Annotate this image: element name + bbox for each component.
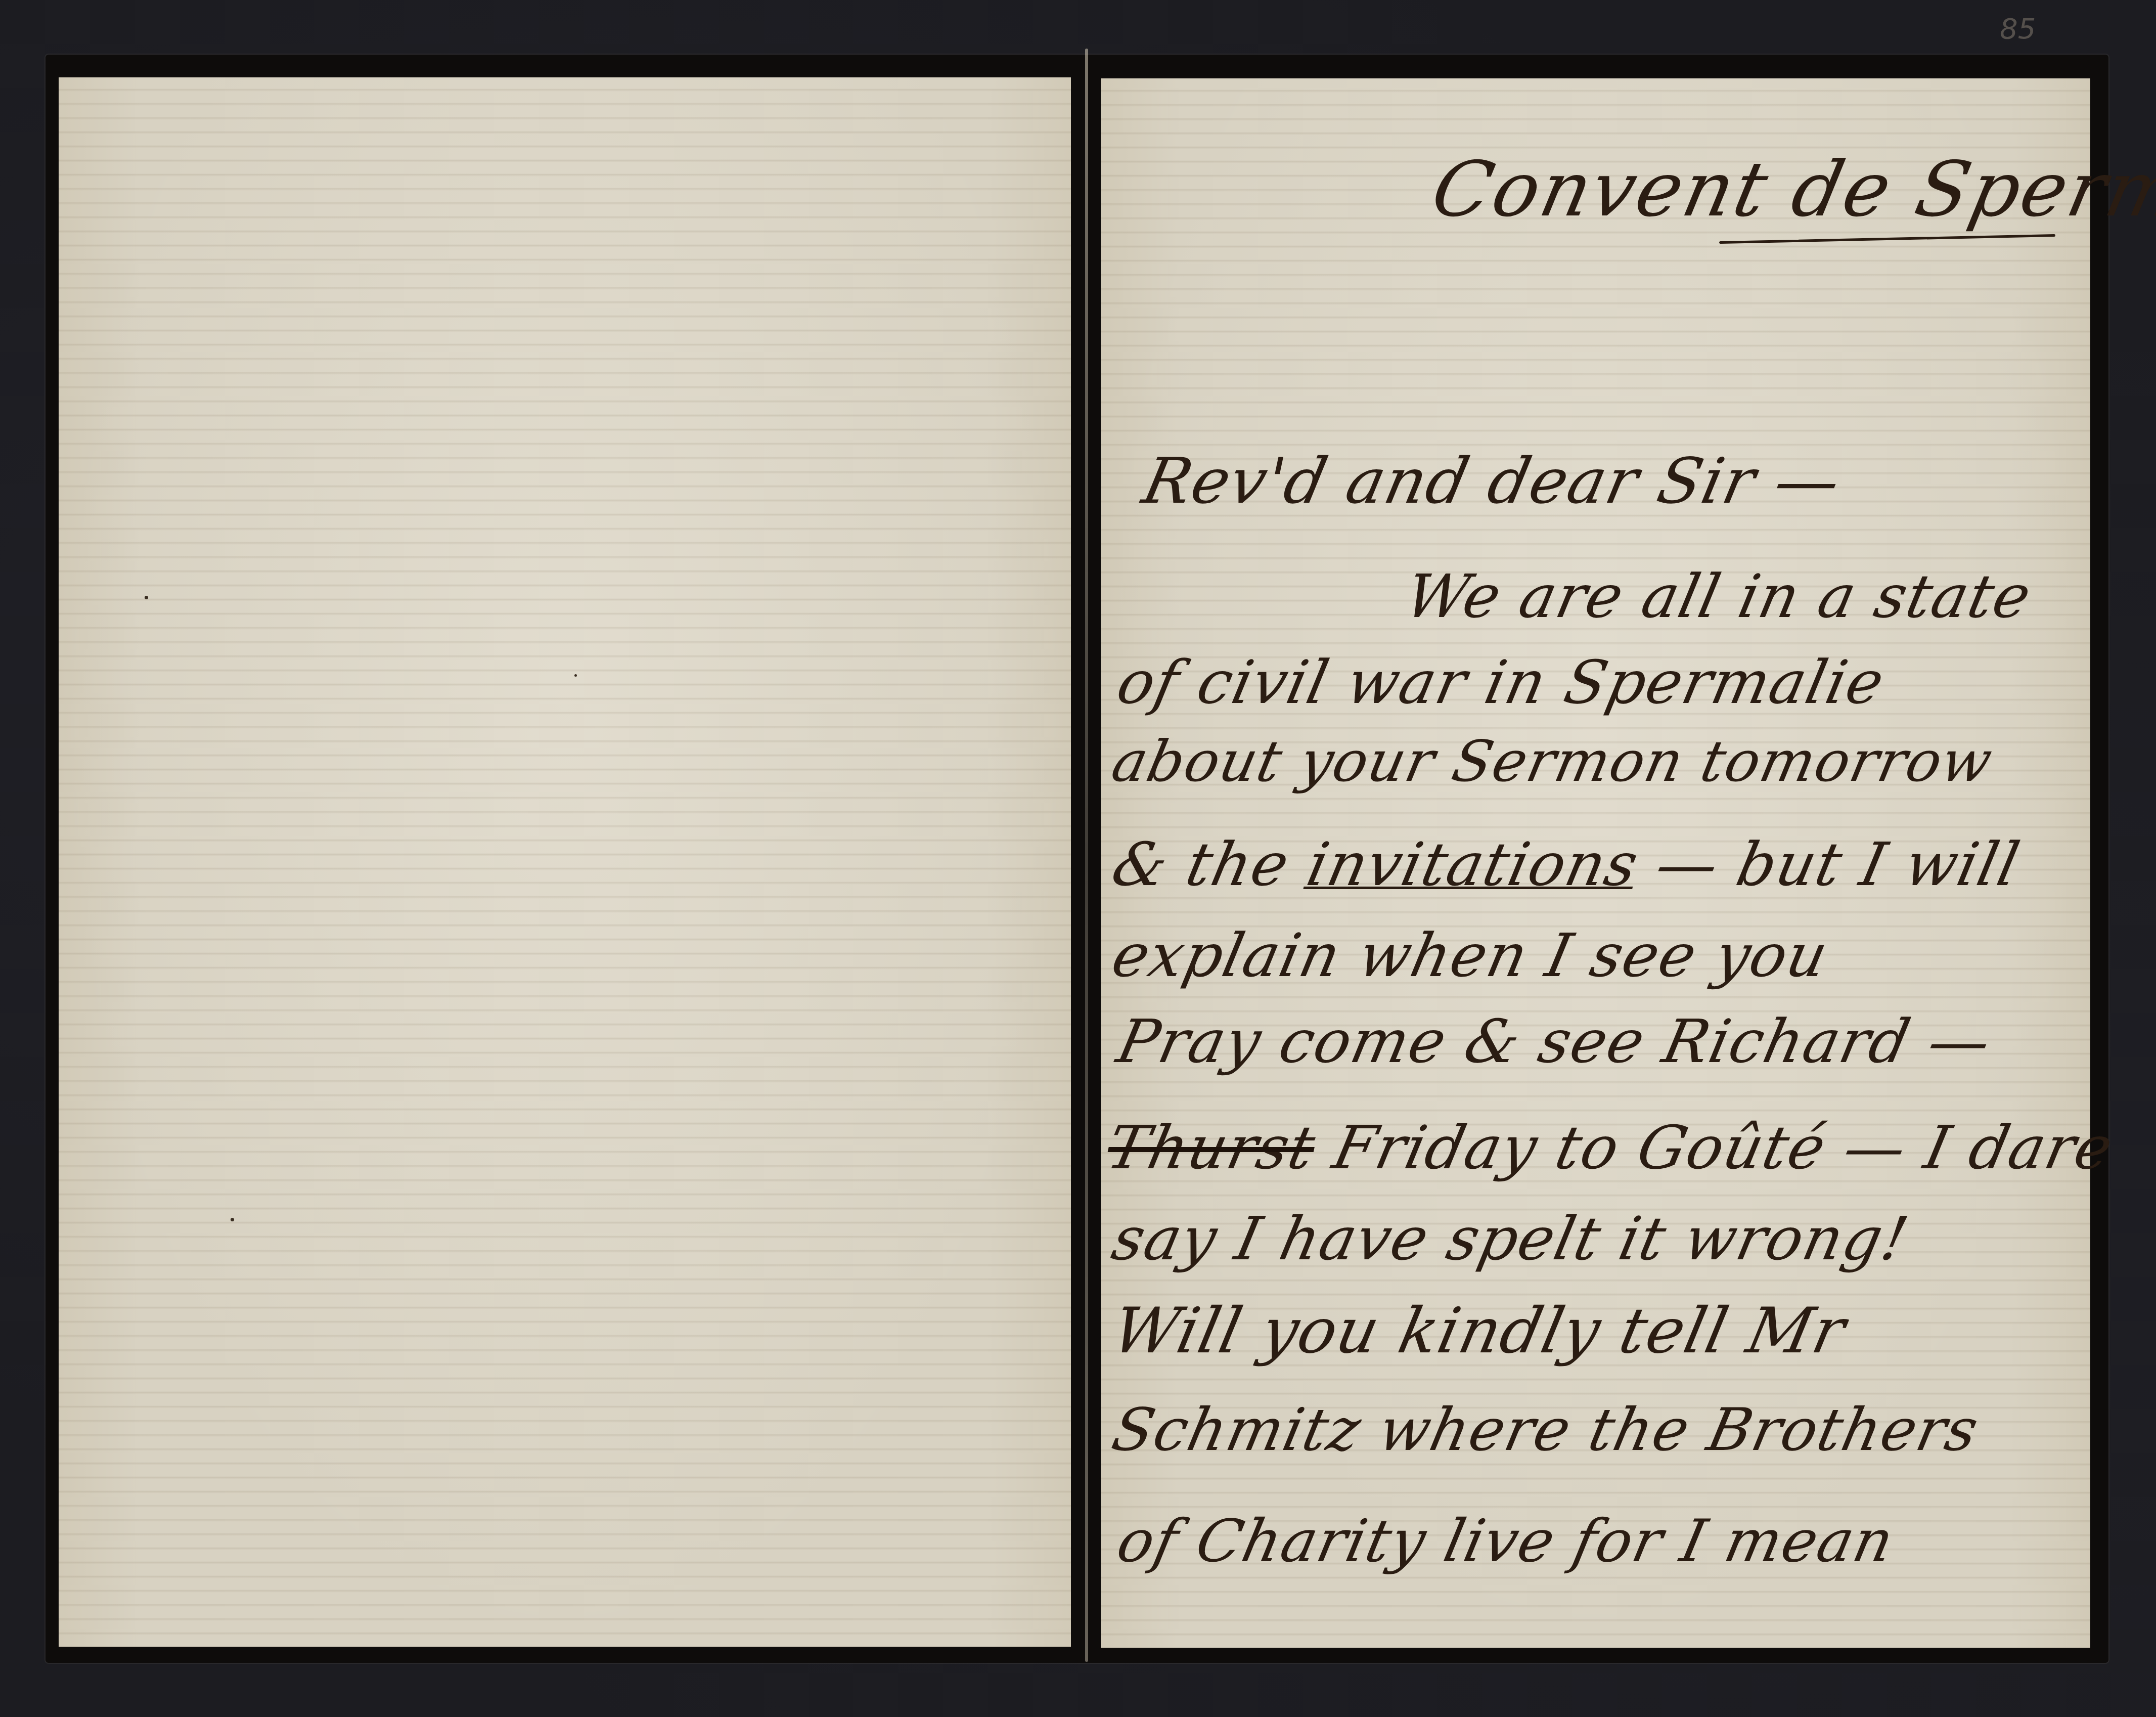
underlined-word: invitations — [1301, 829, 1645, 899]
letter-heading: Convent de Spermalie — [1426, 152, 2156, 228]
letter-line-7: Thurst Friday to Goûté — I dare — [1102, 1118, 2119, 1177]
letter-line-11: of Charity live for I mean — [1112, 1512, 1899, 1571]
letter-line-5: explain when I see you — [1107, 926, 1833, 985]
folio-number: 85 — [2000, 13, 2036, 46]
ink-speck — [574, 674, 577, 677]
letter-line-2: of civil war in Spermalie — [1112, 652, 1890, 712]
ink-speck — [145, 596, 148, 599]
ink-speck — [231, 1218, 234, 1221]
center-fold-line — [1085, 49, 1088, 1662]
letter-line-1: We are all in a state — [1401, 566, 2037, 626]
salutation: Rev'd and dear Sir — — [1138, 450, 1846, 513]
letter-line-4: & the invitations — but I will — [1107, 834, 2025, 894]
letter-line-10: Schmitz where the Brothers — [1107, 1401, 1984, 1460]
letter-line-8: say I have spelt it wrong! — [1107, 1209, 1914, 1268]
struck-word: Thurst — [1101, 1113, 1322, 1182]
left-page-blank — [59, 77, 1071, 1647]
letter-line-3: about your Sermon tomorrow — [1107, 733, 1998, 790]
letter-line-9: Will you kindly tell Mr — [1107, 1300, 1851, 1362]
letter-line-6: Pray come & see Richard — — [1112, 1011, 1997, 1071]
